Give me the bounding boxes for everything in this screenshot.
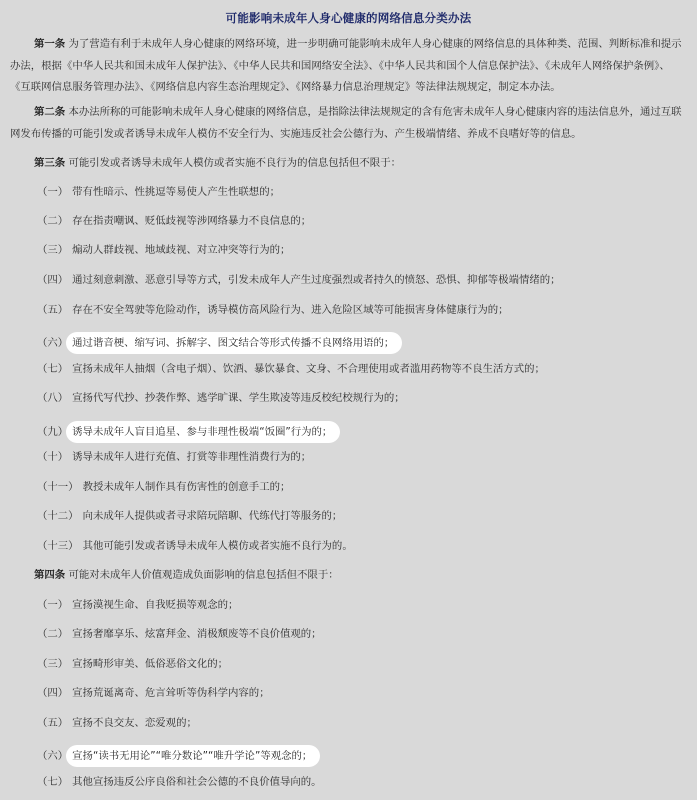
item-text: 向未成年人提供或者寻求陪玩陪聊、代练代打等服务的； <box>83 509 343 523</box>
item-text-highlight: 通过谐音梗、缩写词、拆解字、图文结合等形式传播不良网络用语的； <box>66 332 402 354</box>
item-text: 宣扬畸形审美、低俗恶俗文化的； <box>72 657 228 671</box>
item-number: （十三） <box>37 539 79 553</box>
article-1: 第一条 为了营造有利于未成年人身心健康的网络环境，进一步明确可能影响未成年人身心… <box>10 34 682 99</box>
article-4-item: （四）宣扬荒诞离奇、危言耸听等伪科学内容的； <box>37 686 270 700</box>
item-text: 存在不安全驾驶等危险动作，诱导模仿高风险行为、进入危险区域等可能损害身体健康行为… <box>72 303 508 317</box>
item-text: 带有性暗示、性挑逗等易使人产生性联想的； <box>72 185 280 199</box>
article-3-item: （四）通过刻意刺激、恶意引导等方式，引发未成年人产生过度强烈或者持久的愤怒、恐惧… <box>37 273 561 287</box>
document-title: 可能影响未成年人身心健康的网络信息分类办法 <box>0 10 697 26</box>
article-3-item: （三）煽动人群歧视、地域歧视、对立冲突等行为的； <box>37 243 290 257</box>
article-4-heading: 第四条 可能对未成年人价值观造成负面影响的信息包括但不限于： <box>34 568 339 582</box>
item-text-highlight: 诱导未成年人盲目追星、参与非理性极端“饭圈”行为的； <box>66 421 340 443</box>
item-number: （五） <box>37 716 68 730</box>
article-3-heading: 第三条 可能引发或者诱导未成年人模仿或者实施不良行为的信息包括但不限于： <box>34 156 401 170</box>
item-text: 煽动人群歧视、地域歧视、对立冲突等行为的； <box>72 243 290 257</box>
article-4-item: （二）宣扬奢靡享乐、炫富拜金、消极颓废等不良价值观的； <box>37 627 322 641</box>
item-number: （九） <box>37 425 68 439</box>
item-number: （五） <box>37 303 68 317</box>
article-3-item-highlighted: （六）通过谐音梗、缩写词、拆解字、图文结合等形式传播不良网络用语的； <box>37 332 402 354</box>
article-2-text: 本办法所称的可能影响未成年人身心健康的网络信息，是指除法律法规规定的含有危害未成… <box>10 106 682 140</box>
item-number: （十二） <box>37 509 79 523</box>
item-text: 宣扬奢靡享乐、炫富拜金、消极颓废等不良价值观的； <box>72 627 321 641</box>
item-number: （七） <box>37 362 68 376</box>
article-3-item: （十二）向未成年人提供或者寻求陪玩陪聊、代练代打等服务的； <box>37 509 342 523</box>
item-text: 宣扬漠视生命、自我贬损等观念的； <box>72 598 238 612</box>
item-number: （一） <box>37 598 68 612</box>
article-3-item: （七）宣扬未成年人抽烟（含电子烟）、饮酒、暴饮暴食、文身、不合理使用或者滥用药物… <box>37 362 545 376</box>
article-4-item-highlighted: （六）宣扬“读书无用论”“唯分数论”“唯升学论”等观念的； <box>37 745 320 767</box>
article-3-item: （十一）教授未成年人制作具有伤害性的创意手工的； <box>37 480 290 494</box>
item-text: 通过刻意刺激、恶意引导等方式，引发未成年人产生过度强烈或者持久的愤怒、恐惧、抑郁… <box>72 273 560 287</box>
article-1-text: 为了营造有利于未成年人身心健康的网络环境，进一步明确可能影响未成年人身心健康的网… <box>10 38 682 93</box>
item-text: 教授未成年人制作具有伤害性的创意手工的； <box>83 480 291 494</box>
item-number: （四） <box>37 686 68 700</box>
item-number: （三） <box>37 243 68 257</box>
article-3-text: 可能引发或者诱导未成年人模仿或者实施不良行为的信息包括但不限于： <box>65 157 401 169</box>
item-text: 其他宣扬违反公序良俗和社会公德的不良价值导向的。 <box>72 775 321 789</box>
item-number: （一） <box>37 185 68 199</box>
article-1-lead: 第一条 <box>34 38 65 50</box>
item-number: （七） <box>37 775 68 789</box>
article-3-item: （五）存在不安全驾驶等危险动作，诱导模仿高风险行为、进入危险区域等可能损害身体健… <box>37 303 509 317</box>
item-text-highlight: 宣扬“读书无用论”“唯分数论”“唯升学论”等观念的； <box>66 745 320 767</box>
article-3-item: （十三）其他可能引发或者诱导未成年人模仿或者实施不良行为的。 <box>37 539 353 553</box>
item-text: 其他可能引发或者诱导未成年人模仿或者实施不良行为的。 <box>83 539 353 553</box>
article-3-item: （二）存在指责嘲讽、贬低歧视等涉网络暴力不良信息的； <box>37 214 311 228</box>
article-3-lead: 第三条 <box>34 157 65 169</box>
item-text: 宣扬不良交友、恋爱观的； <box>72 716 197 730</box>
item-number: （三） <box>37 657 68 671</box>
item-text: 存在指责嘲讽、贬低歧视等涉网络暴力不良信息的； <box>72 214 311 228</box>
item-number: （二） <box>37 627 68 641</box>
article-4-item: （一）宣扬漠视生命、自我贬损等观念的； <box>37 598 238 612</box>
item-number: （十一） <box>37 480 79 494</box>
article-4-item: （七）其他宣扬违反公序良俗和社会公德的不良价值导向的。 <box>37 775 322 789</box>
item-number: （四） <box>37 273 68 287</box>
item-number: （六） <box>37 336 68 350</box>
item-text: 宣扬未成年人抽烟（含电子烟）、饮酒、暴饮暴食、文身、不合理使用或者滥用药物等不良… <box>72 362 545 376</box>
item-text: 诱导未成年人进行充值、打赏等非理性消费行为的； <box>72 450 311 464</box>
item-number: （八） <box>37 391 68 405</box>
article-4-lead: 第四条 <box>34 569 65 581</box>
article-4-item: （五）宣扬不良交友、恋爱观的； <box>37 716 197 730</box>
item-number: （六） <box>37 749 68 763</box>
item-number: （二） <box>37 214 68 228</box>
article-3-item: （十）诱导未成年人进行充值、打赏等非理性消费行为的； <box>37 450 311 464</box>
article-2-lead: 第二条 <box>34 106 65 118</box>
item-text: 宣扬荒诞离奇、危言耸听等伪科学内容的； <box>72 686 269 700</box>
document-page: 可能影响未成年人身心健康的网络信息分类办法 第一条 为了营造有利于未成年人身心健… <box>0 0 697 800</box>
article-3-item-highlighted: （九）诱导未成年人盲目追星、参与非理性极端“饭圈”行为的； <box>37 421 340 443</box>
item-number: （十） <box>37 450 68 464</box>
article-4-item: （三）宣扬畸形审美、低俗恶俗文化的； <box>37 657 228 671</box>
article-3-item: （八）宣扬代写代抄、抄袭作弊、逃学旷课、学生欺凌等违反校纪校规行为的； <box>37 391 405 405</box>
article-3-item: （一）带有性暗示、性挑逗等易使人产生性联想的； <box>37 185 280 199</box>
article-4-text: 可能对未成年人价值观造成负面影响的信息包括但不限于： <box>65 569 338 581</box>
item-text: 宣扬代写代抄、抄袭作弊、逃学旷课、学生欺凌等违反校纪校规行为的； <box>72 391 405 405</box>
article-2: 第二条 本办法所称的可能影响未成年人身心健康的网络信息，是指除法律法规规定的含有… <box>10 102 682 145</box>
